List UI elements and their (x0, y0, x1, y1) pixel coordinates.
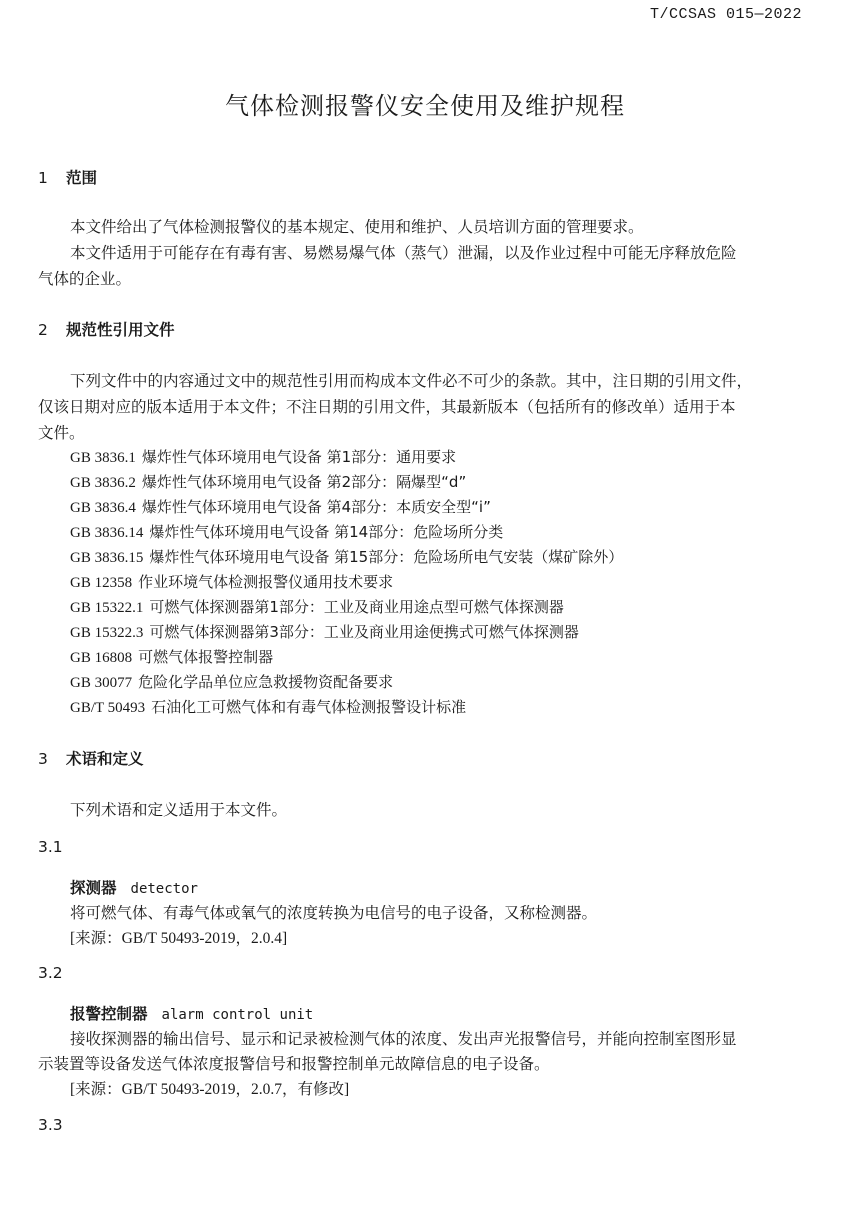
term-heading: 报警控制器alarm control unit (70, 1002, 313, 1024)
reference-title: 石油化工可燃气体和有毒气体检测报警设计标准 (151, 698, 466, 716)
reference-item: GB 3836.1爆炸性气体环境用电气设备 第1部分：通用要求 (70, 446, 456, 467)
paragraph: 本文件给出了气体检测报警仪的基本规定、使用和维护、人员培训方面的管理要求。 (70, 215, 644, 237)
reference-item: GB 16808可燃气体报警控制器 (70, 646, 273, 667)
reference-title: 爆炸性气体环境用电气设备 第1部分：通用要求 (142, 448, 456, 466)
section-title: 范围 (66, 169, 97, 187)
section-title: 术语和定义 (66, 750, 144, 768)
term-heading: 探测器detector (70, 876, 198, 898)
paragraph: 本文件适用于可能存在有毒有害、易燃易爆气体（蒸气）泄漏，以及作业过程中可能无序释… (70, 241, 737, 263)
reference-item: GB 15322.1可燃气体探测器第1部分：工业及商业用途点型可燃气体探测器 (70, 596, 564, 617)
reference-code: GB 3836.2 (70, 475, 136, 491)
term-definition: 接收探测器的输出信号、显示和记录被检测气体的浓度、发出声光报警信号，并能向控制室… (70, 1027, 737, 1049)
section-number: 1 (38, 169, 66, 187)
standard-number: T/CCSAS 015—2022 (650, 6, 802, 23)
reference-code: GB 12358 (70, 575, 132, 591)
section-number: 2 (38, 321, 66, 339)
reference-item: GB 3836.2爆炸性气体环境用电气设备 第2部分：隔爆型“d” (70, 471, 466, 492)
reference-code: GB 3836.4 (70, 500, 136, 516)
section-1-heading: 1范围 (38, 166, 97, 188)
term-en: detector (131, 881, 198, 897)
reference-title: 可燃气体探测器第1部分：工业及商业用途点型可燃气体探测器 (149, 598, 564, 616)
paragraph: 气体的企业。 (38, 267, 131, 289)
reference-item: GB/T 50493石油化工可燃气体和有毒气体检测报警设计标准 (70, 696, 466, 717)
reference-code: GB 3836.14 (70, 525, 143, 541)
document-title: 气体检测报警仪安全使用及维护规程 (0, 86, 850, 121)
reference-item: GB 3836.14爆炸性气体环境用电气设备 第14部分：危险场所分类 (70, 521, 503, 542)
reference-code: GB 3836.15 (70, 550, 143, 566)
term-number: 3.2 (38, 964, 63, 982)
term-zh: 探测器 (70, 879, 117, 897)
reference-code: GB 3836.1 (70, 450, 136, 466)
reference-item: GB 30077危险化学品单位应急救援物资配备要求 (70, 671, 393, 692)
term-definition: 示装置等设备发送气体浓度报警信号和报警控制单元故障信息的电子设备。 (38, 1052, 550, 1074)
reference-title: 爆炸性气体环境用电气设备 第15部分：危险场所电气安装（煤矿除外） (149, 548, 623, 566)
paragraph: 仅该日期对应的版本适用于本文件；不注日期的引用文件，其最新版本（包括所有的修改单… (38, 395, 736, 417)
term-number: 3.1 (38, 838, 63, 856)
term-source: [来源：GB/T 50493-2019，2.0.7，有修改] (70, 1077, 349, 1099)
term-source: [来源：GB/T 50493-2019，2.0.4] (70, 926, 287, 948)
reference-title: 爆炸性气体环境用电气设备 第14部分：危险场所分类 (149, 523, 503, 541)
reference-title: 作业环境气体检测报警仪通用技术要求 (138, 573, 393, 591)
reference-title: 可燃气体探测器第3部分：工业及商业用途便携式可燃气体探测器 (149, 623, 579, 641)
paragraph: 下列术语和定义适用于本文件。 (70, 798, 287, 820)
section-2-heading: 2规范性引用文件 (38, 318, 175, 340)
reference-code: GB 16808 (70, 650, 132, 666)
reference-code: GB 15322.3 (70, 625, 143, 641)
reference-code: GB 30077 (70, 675, 132, 691)
reference-item: GB 12358作业环境气体检测报警仪通用技术要求 (70, 571, 393, 592)
term-zh: 报警控制器 (70, 1005, 148, 1023)
reference-title: 爆炸性气体环境用电气设备 第4部分：本质安全型“i” (142, 498, 491, 516)
reference-title: 爆炸性气体环境用电气设备 第2部分：隔爆型“d” (142, 473, 466, 491)
reference-code: GB 15322.1 (70, 600, 143, 616)
paragraph: 文件。 (38, 421, 85, 443)
term-definition: 将可燃气体、有毒气体或氧气的浓度转换为电信号的电子设备，又称检测器。 (70, 901, 597, 923)
reference-item: GB 3836.4爆炸性气体环境用电气设备 第4部分：本质安全型“i” (70, 496, 491, 517)
reference-title: 可燃气体报警控制器 (138, 648, 273, 666)
term-number: 3.3 (38, 1116, 63, 1134)
reference-item: GB 3836.15爆炸性气体环境用电气设备 第15部分：危险场所电气安装（煤矿… (70, 546, 623, 567)
section-3-heading: 3术语和定义 (38, 747, 144, 769)
reference-item: GB 15322.3可燃气体探测器第3部分：工业及商业用途便携式可燃气体探测器 (70, 621, 579, 642)
reference-code: GB/T 50493 (70, 700, 145, 716)
reference-title: 危险化学品单位应急救援物资配备要求 (138, 673, 393, 691)
term-en: alarm control unit (162, 1007, 314, 1023)
paragraph: 下列文件中的内容通过文中的规范性引用而构成本文件必不可少的条款。其中，注日期的引… (70, 369, 752, 391)
section-number: 3 (38, 750, 66, 768)
section-title: 规范性引用文件 (66, 321, 175, 339)
